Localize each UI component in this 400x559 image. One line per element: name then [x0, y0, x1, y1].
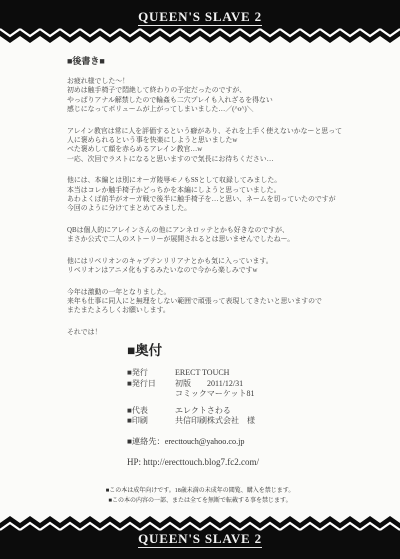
disclaimer-line-adult: ■この本は成年向けです。18歳未満の未成年の閲覧、購入を禁じます。 [0, 487, 400, 497]
colophon-section: ■奥付 ■発行 ERECT TOUCH ■発行日 初版 2011/12/31 コ… [127, 339, 367, 467]
colophon-row-event: コミックマーケット81 [127, 389, 367, 400]
colophon-label: ■発行 [127, 368, 175, 379]
colophon-label [127, 389, 175, 400]
header-title-text: QUEEN'S SLAVE 2 [138, 9, 262, 26]
colophon-value: 共信印刷株式会社 様 [175, 416, 367, 427]
afterword-closing: それでは！ [67, 328, 389, 337]
disclaimer-section: ■この本は成年向けです。18歳未満の未成年の閲覧、購入を禁じます。 ■この本の内… [0, 487, 400, 506]
afterword-paragraph: 他には、本編とは別にオーガ陵辱モノもSSとして収録してみました。 本当はコレか触… [67, 176, 389, 214]
colophon-value: 初版 2011/12/31 [175, 379, 367, 390]
scanned-colophon-page: QUEEN'S SLAVE 2 ■後書き■ お疲れ様でした〜！ 初めは触手椅子で… [0, 0, 400, 559]
afterword-paragraph: QBは個人的にアレインさんの他にアンネロッテとかも好きなのですが、 まさか公式で… [67, 226, 389, 245]
colophon-label: ■印刷 [127, 416, 175, 427]
homepage-url-line: HP: http://erecttouch.blog7.fc2.com/ [127, 457, 367, 467]
afterword-paragraph: アレイン教官は常に人を評価するという癖があり、それを上手く使えないかなーと思って… [67, 127, 389, 165]
colophon-value: コミックマーケット81 [175, 389, 367, 400]
disclaimer-line-reprint: ■この本の内容の一部、または全てを無断で転載する事を禁じます。 [0, 497, 400, 507]
afterword-paragraph: 今年は激動の一年となりました。 来年も仕事に同人にと無理をしない範囲で頑張って表… [67, 288, 389, 316]
colophon-value: エレクトさわる [175, 406, 367, 417]
afterword-paragraph: 他にはリベリオンのキャプテンリリアナとかも気に入っています。 リベリオンはアニメ… [67, 257, 389, 276]
footer-title-text: QUEEN'S SLAVE 2 [138, 531, 262, 548]
colophon-value: ERECT TOUCH [175, 368, 367, 379]
colophon-row-representative: ■代表 エレクトさわる [127, 406, 367, 417]
afterword-section: ■後書き■ お疲れ様でした〜！ 初めは触手椅子で悶絶して終わりの予定だったのです… [67, 54, 389, 349]
contact-email-line: ■連絡先：erecttouch@yahoo.co.jp [127, 436, 367, 447]
colophon-label: ■発行日 [127, 379, 175, 390]
header-title: QUEEN'S SLAVE 2 [0, 9, 400, 25]
colophon-label: ■代表 [127, 406, 175, 417]
colophon-row-publisher: ■発行 ERECT TOUCH [127, 368, 367, 379]
colophon-heading: ■奥付 [127, 339, 367, 359]
colophon-row-printer: ■印刷 共信印刷株式会社 様 [127, 416, 367, 427]
footer-title: QUEEN'S SLAVE 2 [0, 531, 400, 547]
colophon-row-publish-date: ■発行日 初版 2011/12/31 [127, 379, 367, 390]
afterword-heading: ■後書き■ [67, 54, 389, 67]
afterword-paragraph: お疲れ様でした〜！ 初めは触手椅子で悶絶して終わりの予定だったのですが、 やっぱ… [67, 77, 389, 115]
